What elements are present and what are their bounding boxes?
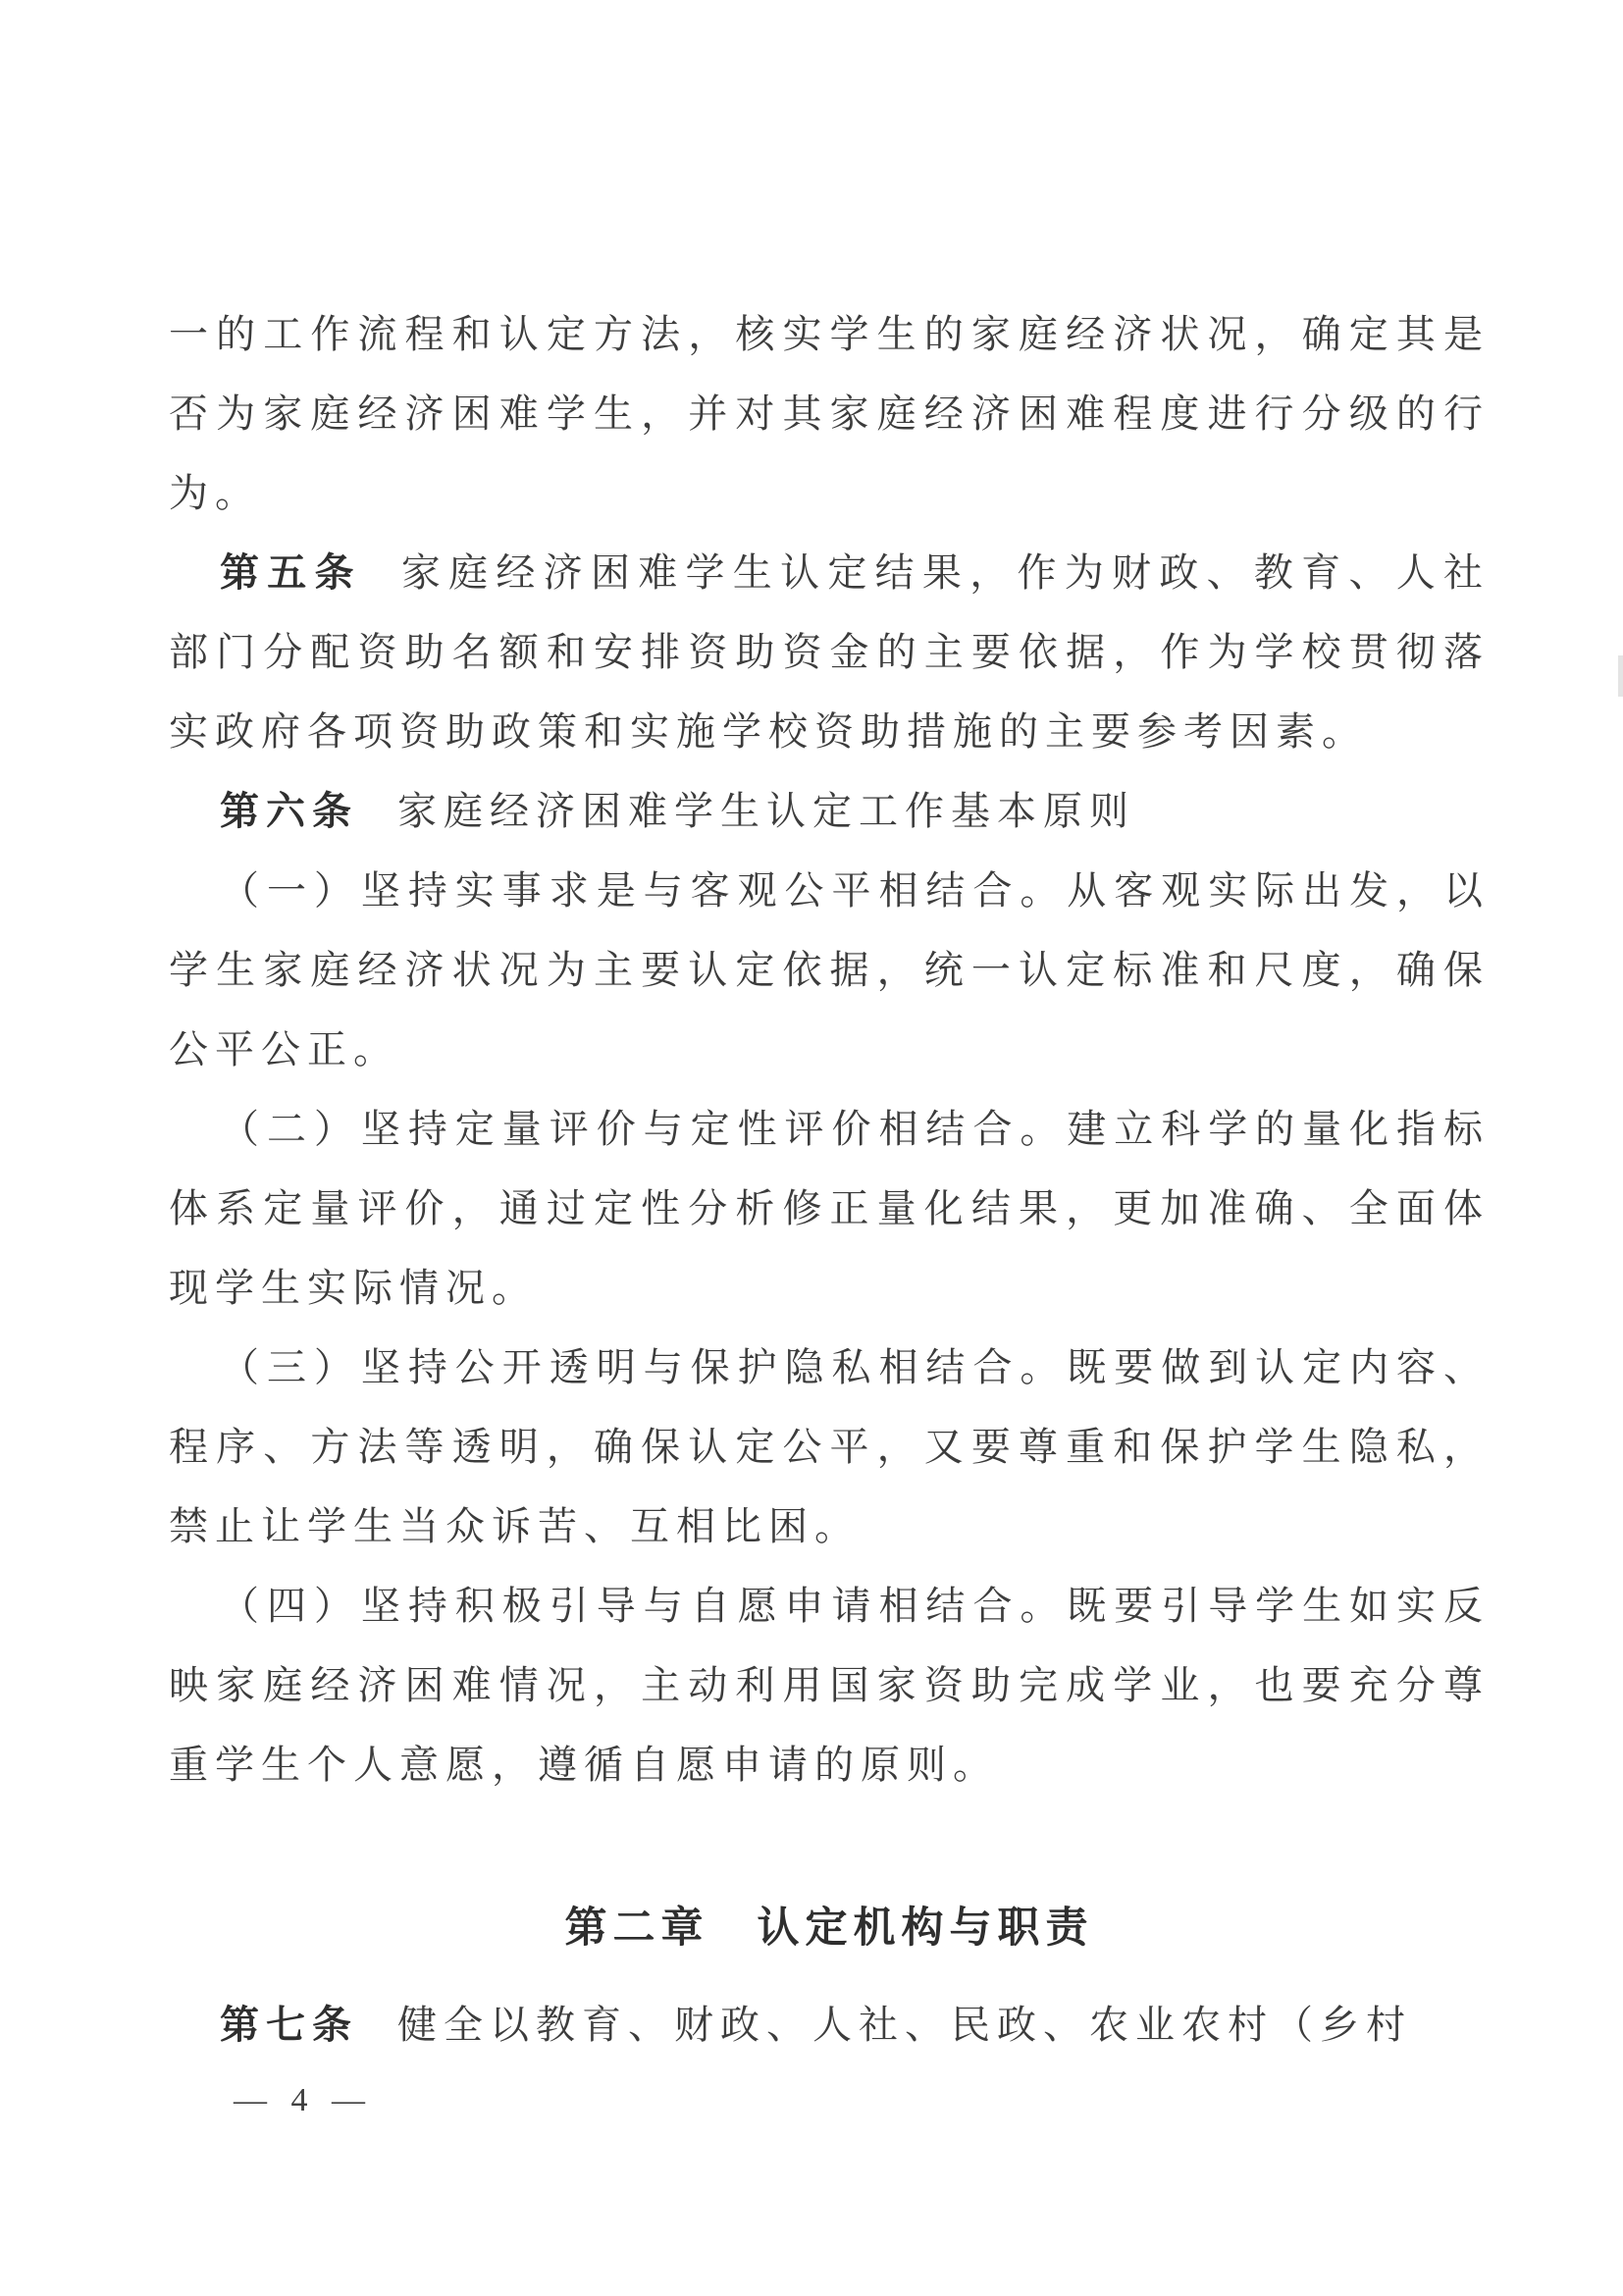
article-6-number: 第六条 bbox=[220, 789, 358, 833]
article-7-number: 第七条 bbox=[220, 2003, 358, 2047]
article-5-text: 家庭经济困难学生认定结果，作为财政、教育、人社部门分配资助名额和安排资助资金的主… bbox=[169, 550, 1490, 754]
document-page: 一的工作流程和认定方法，核实学生的家庭经济状况，确定其是否为家庭经济困难学生，并… bbox=[0, 0, 1623, 2296]
paragraph-continuation: 一的工作流程和认定方法，核实学生的家庭经济状况，确定其是否为家庭经济困难学生，并… bbox=[169, 294, 1490, 533]
article-5-number: 第五条 bbox=[220, 550, 362, 595]
principle-3-text: （三）坚持公开透明与保护隐私相结合。既要做到认定内容、程序、方法等透明，确保认定… bbox=[169, 1345, 1490, 1548]
scan-artifact bbox=[1618, 655, 1623, 697]
principle-1-text: （一）坚持实事求是与客观公平相结合。从客观实际出发，以学生家庭经济状况为主要认定… bbox=[169, 868, 1490, 1071]
paragraph-principle-3: （三）坚持公开透明与保护隐私相结合。既要做到认定内容、程序、方法等透明，确保认定… bbox=[169, 1328, 1490, 1566]
paragraph-text: 一的工作流程和认定方法，核实学生的家庭经济状况，确定其是否为家庭经济困难学生，并… bbox=[169, 312, 1490, 515]
document-body: 一的工作流程和认定方法，核实学生的家庭经济状况，确定其是否为家庭经济困难学生，并… bbox=[169, 294, 1490, 2064]
principle-2-text: （二）坚持定量评价与定性评价相结合。建立科学的量化指标体系定量评价，通过定性分析… bbox=[169, 1107, 1490, 1310]
principle-4-text: （四）坚持积极引导与自愿申请相结合。既要引导学生如实反映家庭经济困难情况，主动利… bbox=[169, 1584, 1490, 1787]
paragraph-article-6: 第六条家庭经济困难学生认定工作基本原则 bbox=[169, 771, 1490, 851]
page-number: — 4 — bbox=[234, 2082, 373, 2119]
article-6-text: 家庭经济困难学生认定工作基本原则 bbox=[397, 789, 1135, 833]
paragraph-article-5: 第五条家庭经济困难学生认定结果，作为财政、教育、人社部门分配资助名额和安排资助资… bbox=[169, 533, 1490, 771]
paragraph-principle-2: （二）坚持定量评价与定性评价相结合。建立科学的量化指标体系定量评价，通过定性分析… bbox=[169, 1089, 1490, 1328]
paragraph-principle-1: （一）坚持实事求是与客观公平相结合。从客观实际出发，以学生家庭经济状况为主要认定… bbox=[169, 851, 1490, 1089]
paragraph-principle-4: （四）坚持积极引导与自愿申请相结合。既要引导学生如实反映家庭经济困难情况，主动利… bbox=[169, 1566, 1490, 1804]
chapter-heading: 第二章 认定机构与职责 bbox=[169, 1889, 1490, 1968]
paragraph-article-7: 第七条健全以教育、财政、人社、民政、农业农村（乡村 bbox=[169, 1985, 1490, 2064]
article-7-text: 健全以教育、财政、人社、民政、农业农村（乡村 bbox=[397, 2003, 1412, 2047]
